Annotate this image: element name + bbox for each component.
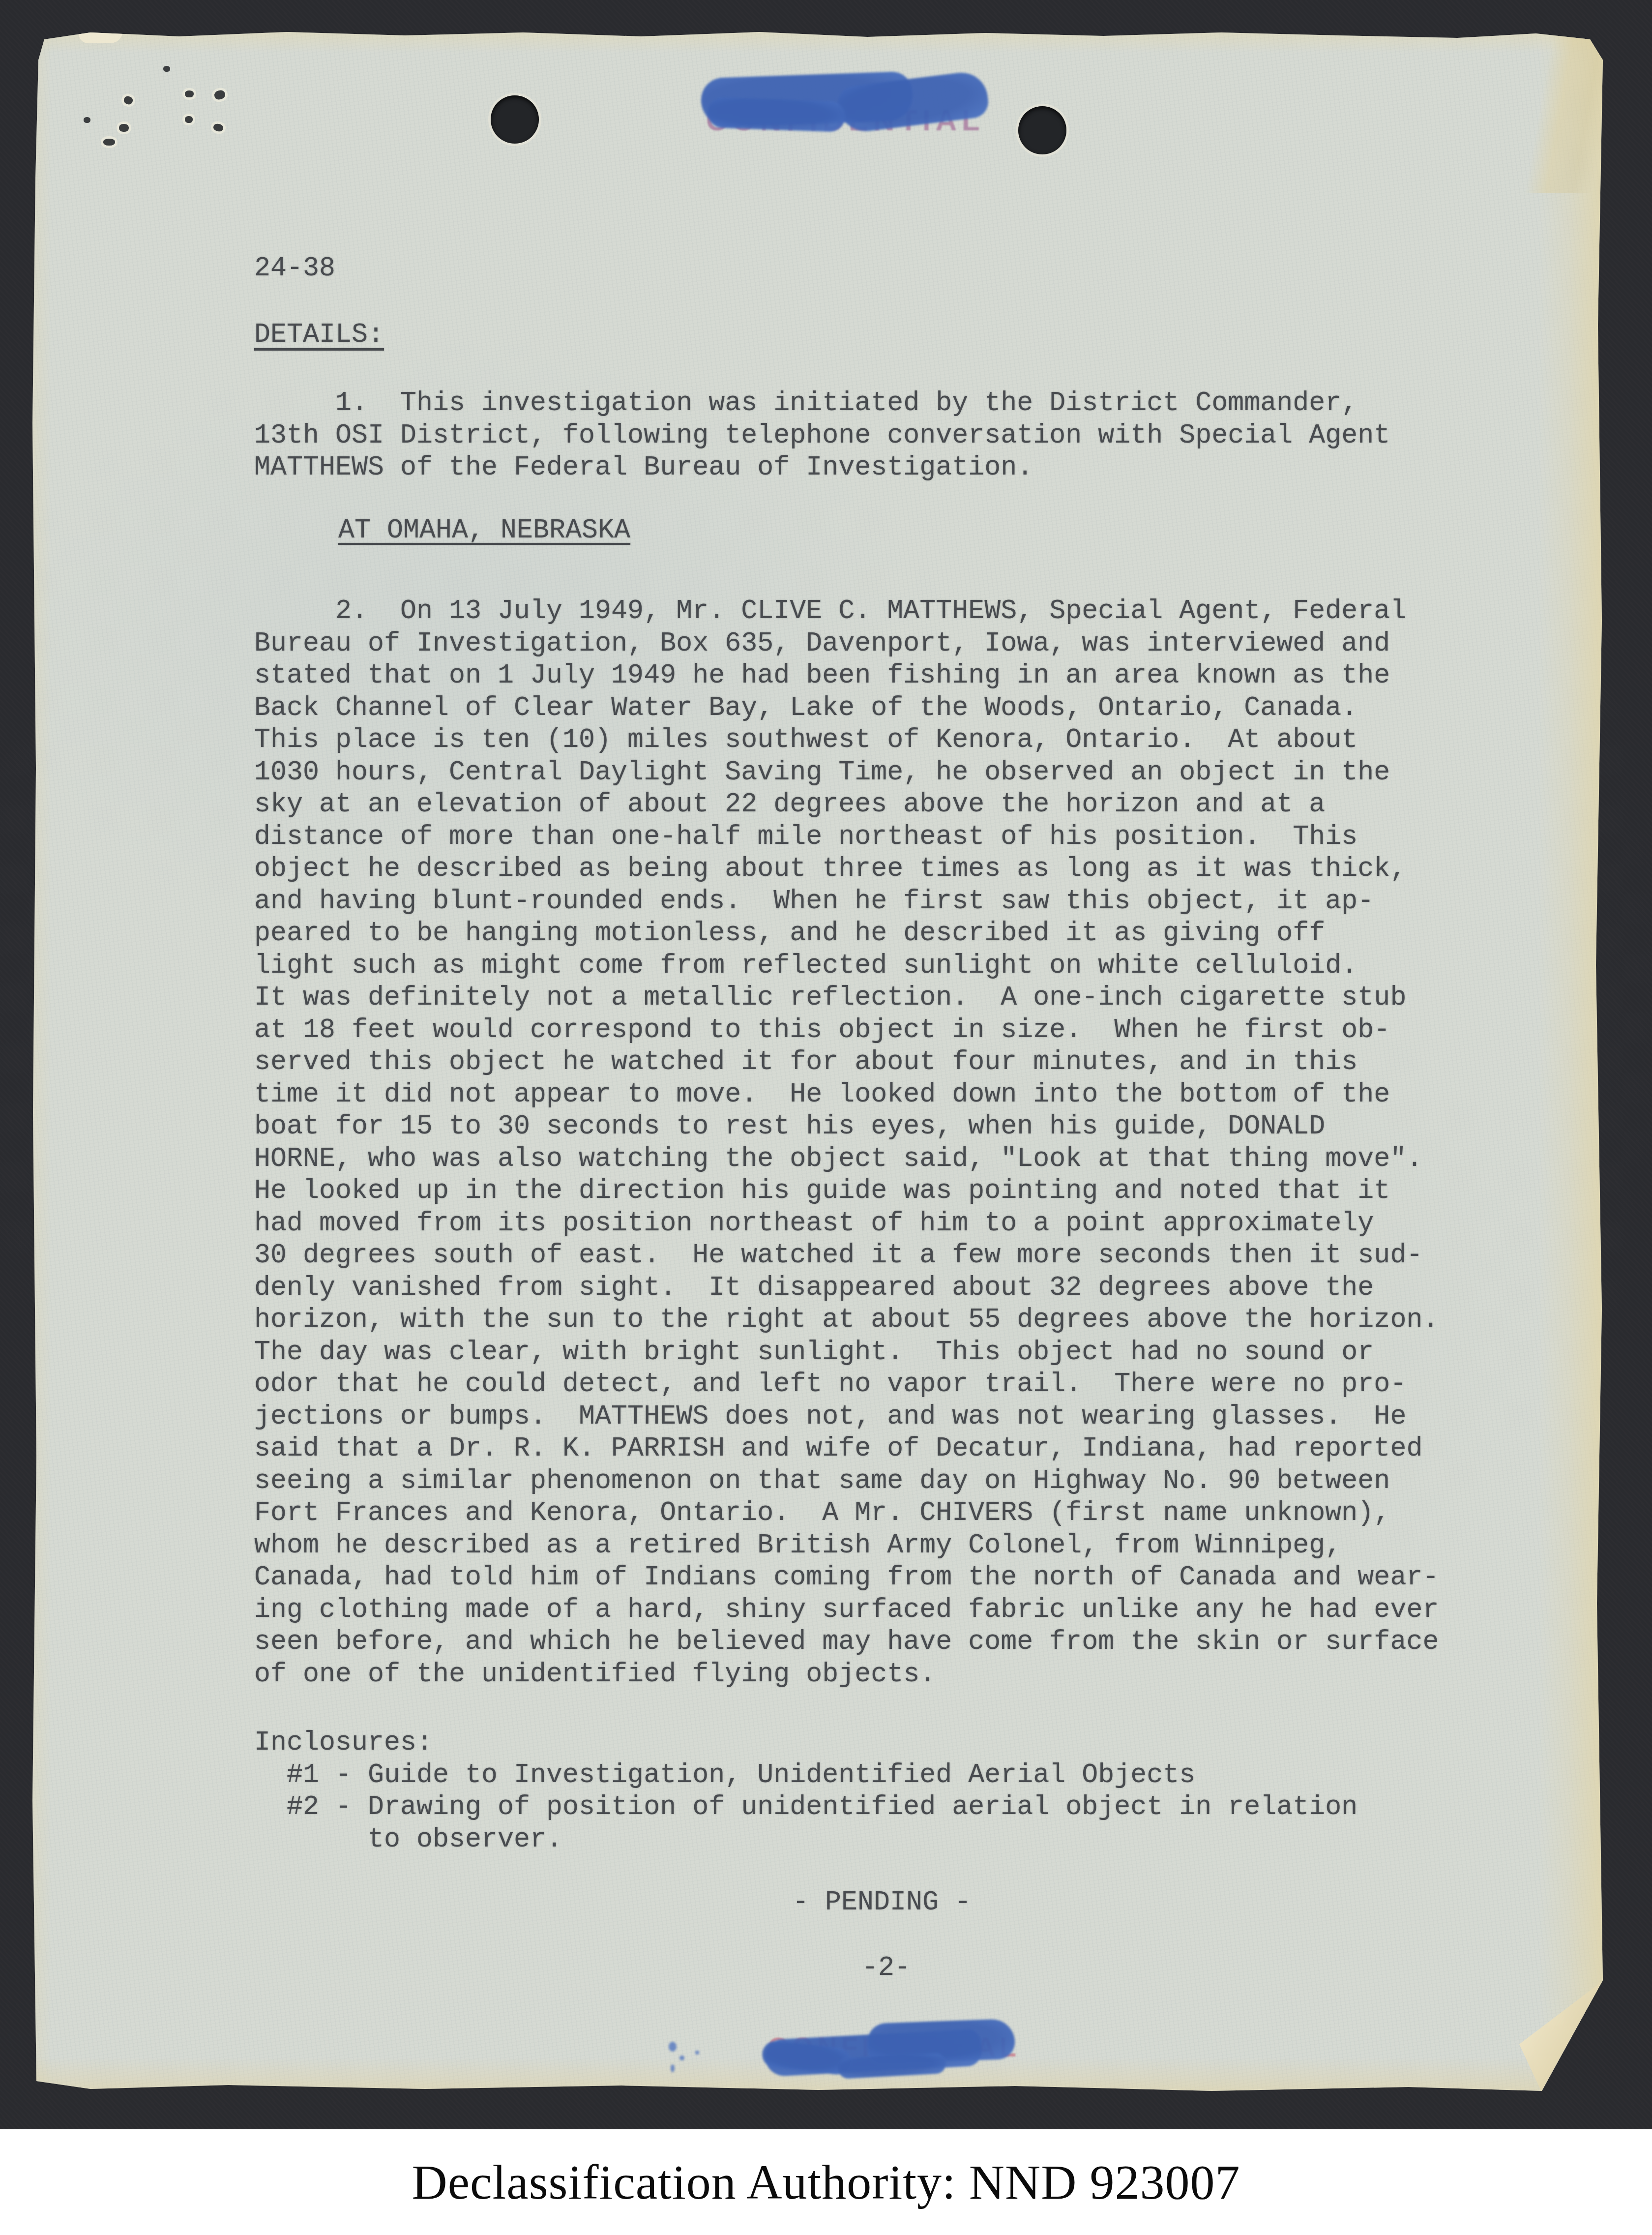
pending-status: - PENDING -: [793, 1886, 971, 1919]
details-heading: DETAILS:: [254, 319, 384, 351]
confidential-stamp-bottom: CONFIDENTIAL: [768, 2031, 1020, 2063]
scan-background: CONFIDENTIAL CONFIDENTIAL 24-38 DETAILS:…: [0, 0, 1652, 2235]
declassification-authority-text: Declassification Authority: NND 923007: [412, 2154, 1240, 2210]
paragraph-2: 2. On 13 July 1949, Mr. CLIVE C. MATTHEW…: [254, 595, 1439, 1690]
location-heading: AT OMAHA, NEBRASKA: [338, 514, 630, 547]
paragraph-1: 1. This investigation was initiated by t…: [254, 387, 1390, 484]
paper-edge-chip: [79, 30, 123, 43]
inclosures-list: Inclosures: #1 - Guide to Investigation,…: [254, 1727, 1357, 1855]
reference-number: 24-38: [254, 252, 335, 285]
confidential-stamp-top: CONFIDENTIAL: [706, 103, 985, 137]
punch-hole-left: [491, 95, 539, 144]
folded-corner: [1516, 1978, 1605, 2093]
declassification-banner: Declassification Authority: NND 923007: [0, 2129, 1652, 2235]
document-page: CONFIDENTIAL CONFIDENTIAL 24-38 DETAILS:…: [31, 30, 1603, 2092]
page-number: -2-: [862, 1952, 911, 1984]
corner-crease: [1497, 30, 1603, 193]
punch-hole-right: [1018, 106, 1066, 154]
